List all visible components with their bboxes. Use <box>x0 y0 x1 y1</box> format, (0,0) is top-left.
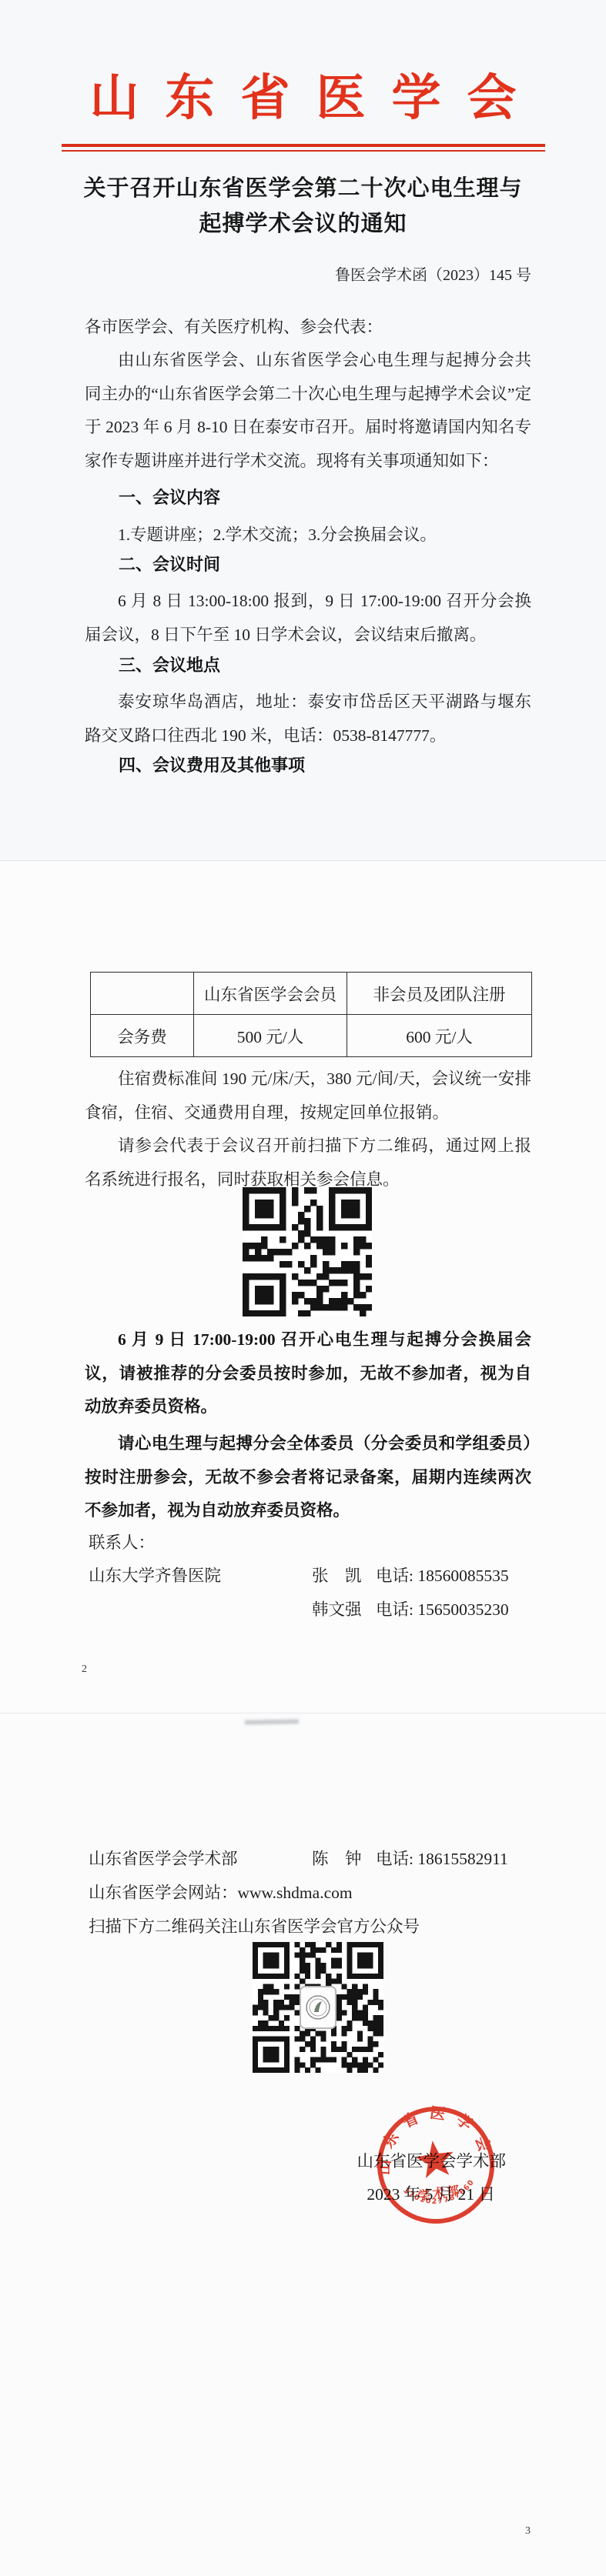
contact3-org: 山东省医学会学术部 <box>89 1846 238 1870</box>
page-1: 山东省医学会 关于召开山东省医学会第二十次心电生理与 起搏学术会议的通知 鲁医会… <box>0 0 606 861</box>
section1-body: 1.专题讲座；2.学术交流；3.分会换届会议。 <box>85 519 531 552</box>
contact2-phone: 电话: 15650035230 <box>376 1597 509 1620</box>
qr-caption: 扫描下方二维码关注山东省医学会官方公众号 <box>89 1914 420 1937</box>
fee-table-cell: 山东省医学会会员 <box>194 973 347 1015</box>
lodging-paragraph: 住宿费标准间 190 元/床/天，380 元/间/天，会议统一安排食宿，住宿、交… <box>85 1063 531 1130</box>
contact1-phone: 电话: 18560085535 <box>376 1563 509 1587</box>
document-number: 鲁医会学术函（2023）145 号 <box>335 262 531 285</box>
notice-title-line1: 关于召开山东省医学会第二十次心电生理与 <box>46 171 560 202</box>
contact1-name: 张 凯 <box>312 1563 362 1587</box>
section2-heading: 二、会议时间 <box>85 554 531 577</box>
page-3: 山东省医学会学术部 陈 钟 电话: 18615582911 山东省医学会网站：w… <box>0 1713 606 2576</box>
official-seal: 山东省医学会 学术部 3701027787660 <box>373 2102 499 2228</box>
contact3-phone: 电话: 18615582911 <box>376 1846 508 1870</box>
section3-heading: 三、会议地点 <box>85 655 531 678</box>
section4-heading: 四、会议费用及其他事项 <box>85 755 531 778</box>
contact2-name: 韩文强 <box>312 1597 362 1620</box>
scanned-document: 山东省医学会 关于召开山东省医学会第二十次心电生理与 起搏学术会议的通知 鲁医会… <box>0 0 606 2576</box>
website-line: 山东省医学会网站：www.shdma.com <box>89 1880 353 1904</box>
fee-table-cell: 非会员及团队注册 <box>347 973 532 1015</box>
fee-table-cell <box>91 973 194 1015</box>
official-account-qr-code <box>253 1942 383 2073</box>
salutation: 各市医学会、有关医疗机构、参会代表： <box>85 311 531 345</box>
contact3-name: 陈 钟 <box>312 1846 362 1870</box>
intro-paragraph: 由山东省医学会、山东省医学会心电生理与起搏分会共同主办的“山东省医学会第二十次心… <box>85 344 531 478</box>
registration-paragraph: 请参会代表于会议召开前扫描下方二维码，通过网上报名系统进行报名，同时获取相关参会… <box>85 1130 531 1196</box>
fee-table: 山东省医学会会员非会员及团队注册会务费500 元/人600 元/人 <box>90 972 532 1057</box>
red-rule-top <box>62 144 545 147</box>
fee-table-header-row: 山东省医学会会员非会员及团队注册 <box>91 973 532 1015</box>
fee-table-cell: 600 元/人 <box>347 1015 532 1057</box>
scan-smudge <box>245 1719 299 1724</box>
contacts-label: 联系人： <box>89 1530 155 1553</box>
section2-body: 6 月 8 日 13:00-18:00 报到，9 日 17:00-19:00 召… <box>85 585 531 652</box>
contact1-org: 山东大学齐鲁医院 <box>89 1563 221 1587</box>
association-masthead: 山东省医学会 <box>0 71 606 128</box>
committee-attendance-paragraph: 请心电生理与起搏分会全体委员（分会委员和学组委员）按时注册参会，无故不参会者将记… <box>85 1427 531 1528</box>
notice-title-line2: 起搏学术会议的通知 <box>46 206 560 238</box>
seal-star <box>413 2138 456 2179</box>
fee-table-cell: 会务费 <box>91 1015 194 1057</box>
page-number-2: 2 <box>82 1663 87 1676</box>
page-2: 山东省医学会会员非会员及团队注册会务费500 元/人600 元/人 住宿费标准间… <box>0 861 606 1713</box>
red-rule-bottom <box>62 150 545 152</box>
page-number-3: 3 <box>525 2525 531 2538</box>
registration-qr-code <box>243 1187 372 1316</box>
committee-meeting-paragraph: 6 月 9 日 17:00-19:00 召开心电生理与起搏分会换届会议，请被推荐… <box>85 1323 531 1424</box>
section3-body: 泰安琼华岛酒店，地址：泰安市岱岳区天平湖路与堰东路交叉路口往西北 190 米，电… <box>85 686 531 752</box>
fee-table-row: 会务费500 元/人600 元/人 <box>91 1015 532 1057</box>
section1-heading: 一、会议内容 <box>85 487 531 510</box>
fee-table-cell: 500 元/人 <box>194 1015 347 1057</box>
